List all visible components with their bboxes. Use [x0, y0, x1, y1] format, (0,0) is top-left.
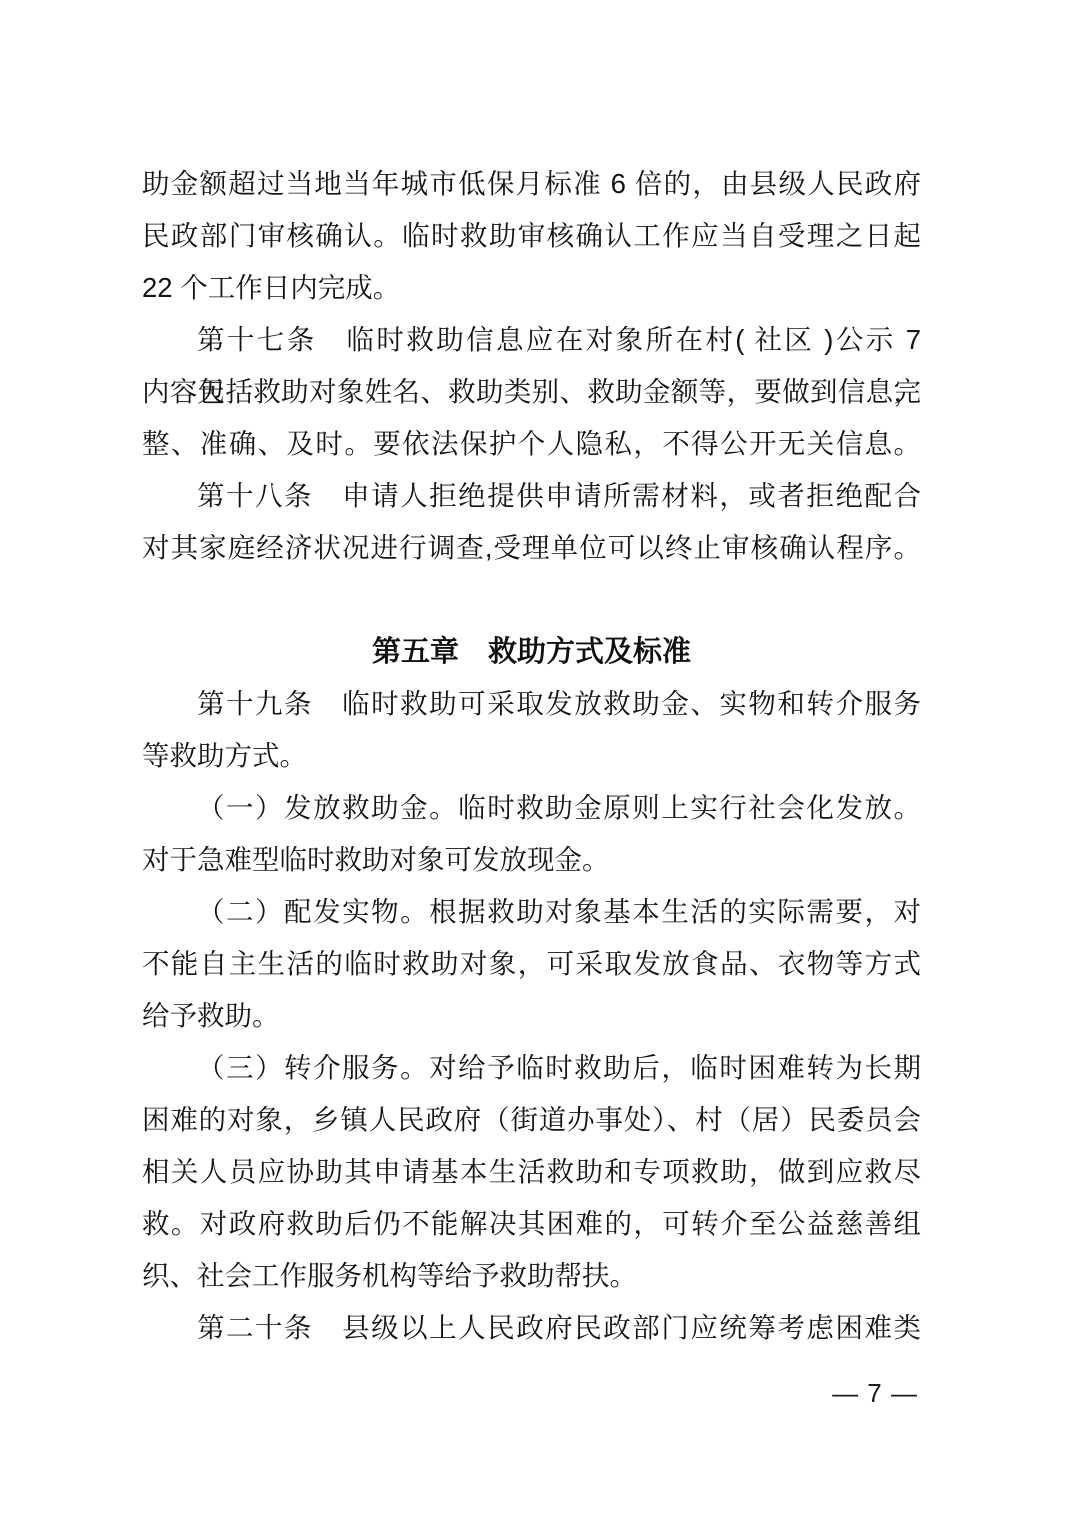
text-line: 第二十条 县级以上人民政府民政部门应统筹考虑困难类 — [142, 1302, 921, 1354]
text-line: 对其家庭经济状况进行调查,受理单位可以终止审核确认程序。 — [142, 522, 921, 574]
text-line: （一）发放救助金。临时救助金原则上实行社会化发放。 — [142, 782, 921, 834]
text-line: 不能自主生活的临时救助对象，可采取发放食品、衣物等方式 — [142, 938, 921, 990]
page-number: — 7 — — [832, 1378, 918, 1408]
text-line: 民政部门审核确认。临时救助审核确认工作应当自受理之日起 — [142, 210, 921, 262]
text-line: 救。对政府救助后仍不能解决其困难的，可转介至公益慈善组 — [142, 1198, 921, 1250]
text-line: 第十九条 临时救助可采取发放救助金、实物和转介服务 — [142, 678, 921, 730]
text-line: 22 个工作日内完成。 — [142, 262, 921, 314]
chapter-heading: 第五章 救助方式及标准 — [142, 626, 921, 678]
text-line: 困难的对象，乡镇人民政府（街道办事处）、村（居）民委员会 — [142, 1094, 921, 1146]
text-line: 第十七条 临时救助信息应在对象所在村( 社区 )公示 7 天， — [142, 314, 921, 366]
text-line: 等救助方式。 — [142, 730, 921, 782]
text-line: 对于急难型临时救助对象可发放现金。 — [142, 834, 921, 886]
text-line: 给予救助。 — [142, 990, 921, 1042]
text-line: 内容包括救助对象姓名、救助类别、救助金额等，要做到信息完 — [142, 366, 921, 418]
document-page: 助金额超过当地当年城市低保月标准 6 倍的，由县级人民政府民政部门审核确认。临时… — [0, 0, 1074, 1520]
page-footer: — 7 — — [832, 1380, 918, 1406]
text-line: （二）配发实物。根据救助对象基本生活的实际需要，对 — [142, 886, 921, 938]
text-line: （三）转介服务。对给予临时救助后，临时困难转为长期 — [142, 1042, 921, 1094]
text-line: 织、社会工作服务机构等给予救助帮扶。 — [142, 1250, 921, 1302]
text-line: 第十八条 申请人拒绝提供申请所需材料，或者拒绝配合 — [142, 470, 921, 522]
document-body: 助金额超过当地当年城市低保月标准 6 倍的，由县级人民政府民政部门审核确认。临时… — [142, 158, 921, 1354]
text-line: 整、准确、及时。要依法保护个人隐私，不得公开无关信息。 — [142, 418, 921, 470]
text-line: 助金额超过当地当年城市低保月标准 6 倍的，由县级人民政府 — [142, 158, 921, 210]
text-line: 相关人员应协助其申请基本生活救助和专项救助，做到应救尽 — [142, 1146, 921, 1198]
blank-line — [142, 574, 921, 626]
